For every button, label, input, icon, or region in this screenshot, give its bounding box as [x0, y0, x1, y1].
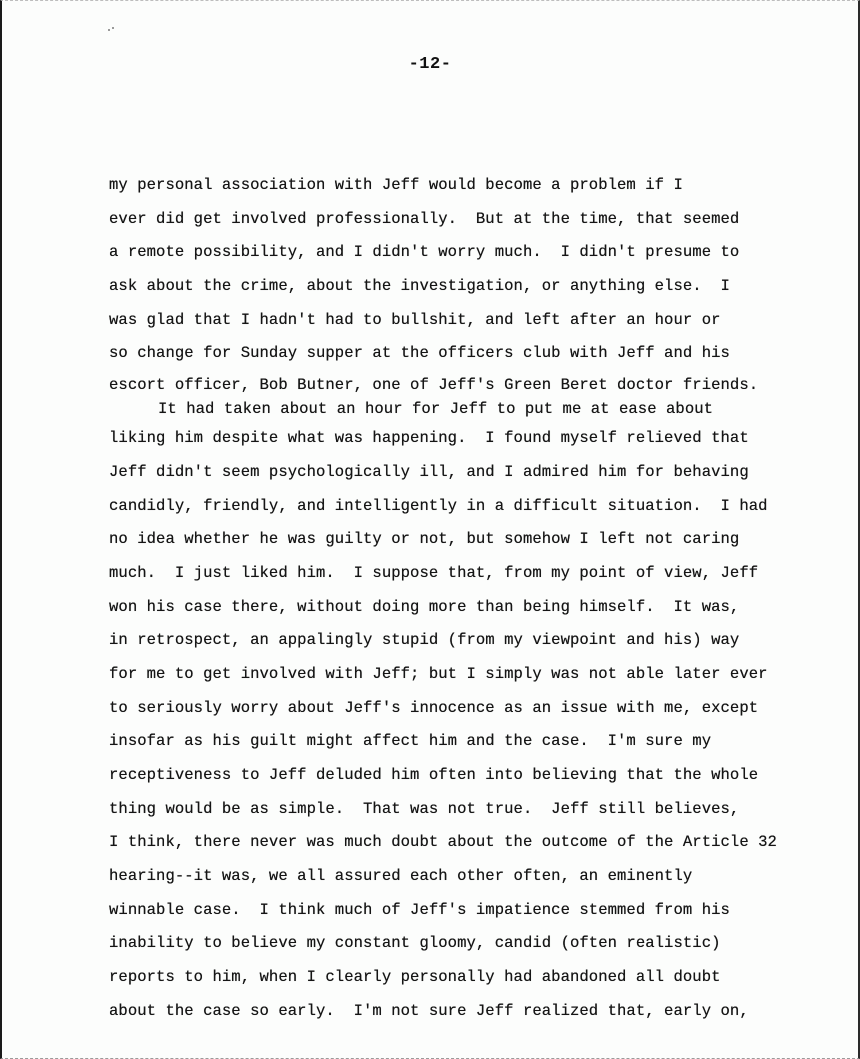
text-line: insofar as his guilt might affect him an… [109, 725, 849, 759]
text-line: I think, there never was much doubt abou… [109, 826, 849, 860]
text-line: in retrospect, an appalingly stupid (fro… [109, 624, 849, 658]
document-page: -12- my personal association with Jeff w… [0, 0, 860, 1059]
text-line: Jeff didn't seem psychologically ill, an… [109, 456, 849, 490]
document-body: my personal association with Jeff would … [109, 169, 849, 1029]
text-line: thing would be as simple. That was not t… [109, 793, 849, 827]
text-line: inability to believe my constant gloomy,… [109, 927, 849, 961]
text-line: much. I just liked him. I suppose that, … [109, 557, 849, 591]
text-line: reports to him, when I clearly personall… [109, 961, 849, 995]
text-line: ask about the crime, about the investiga… [109, 270, 849, 304]
text-line: to seriously worry about Jeff's innocenc… [109, 692, 849, 726]
text-line: no idea whether he was guilty or not, bu… [109, 523, 849, 557]
text-line: a remote possibility, and I didn't worry… [109, 236, 849, 270]
text-line: was glad that I hadn't had to bullshit, … [109, 304, 849, 338]
text-line: so change for Sunday supper at the offic… [109, 337, 849, 371]
scan-speck [108, 29, 110, 31]
text-line: candidly, friendly, and intelligently in… [109, 490, 849, 524]
text-line: winnable case. I think much of Jeff's im… [109, 894, 849, 928]
text-line: for me to get involved with Jeff; but I … [109, 658, 849, 692]
text-line: my personal association with Jeff would … [109, 169, 849, 203]
text-line: liking him despite what was happening. I… [109, 422, 849, 456]
paragraph-start-line: It had taken about an hour for Jeff to p… [109, 396, 849, 422]
scan-speck [112, 27, 114, 29]
text-line: hearing--it was, we all assured each oth… [109, 860, 849, 894]
text-line: won his case there, without doing more t… [109, 591, 849, 625]
text-line: ever did get involved professionally. Bu… [109, 203, 849, 237]
page-number: -12- [2, 55, 858, 74]
text-line: about the case so early. I'm not sure Je… [109, 995, 849, 1029]
text-line: receptiveness to Jeff deluded him often … [109, 759, 849, 793]
